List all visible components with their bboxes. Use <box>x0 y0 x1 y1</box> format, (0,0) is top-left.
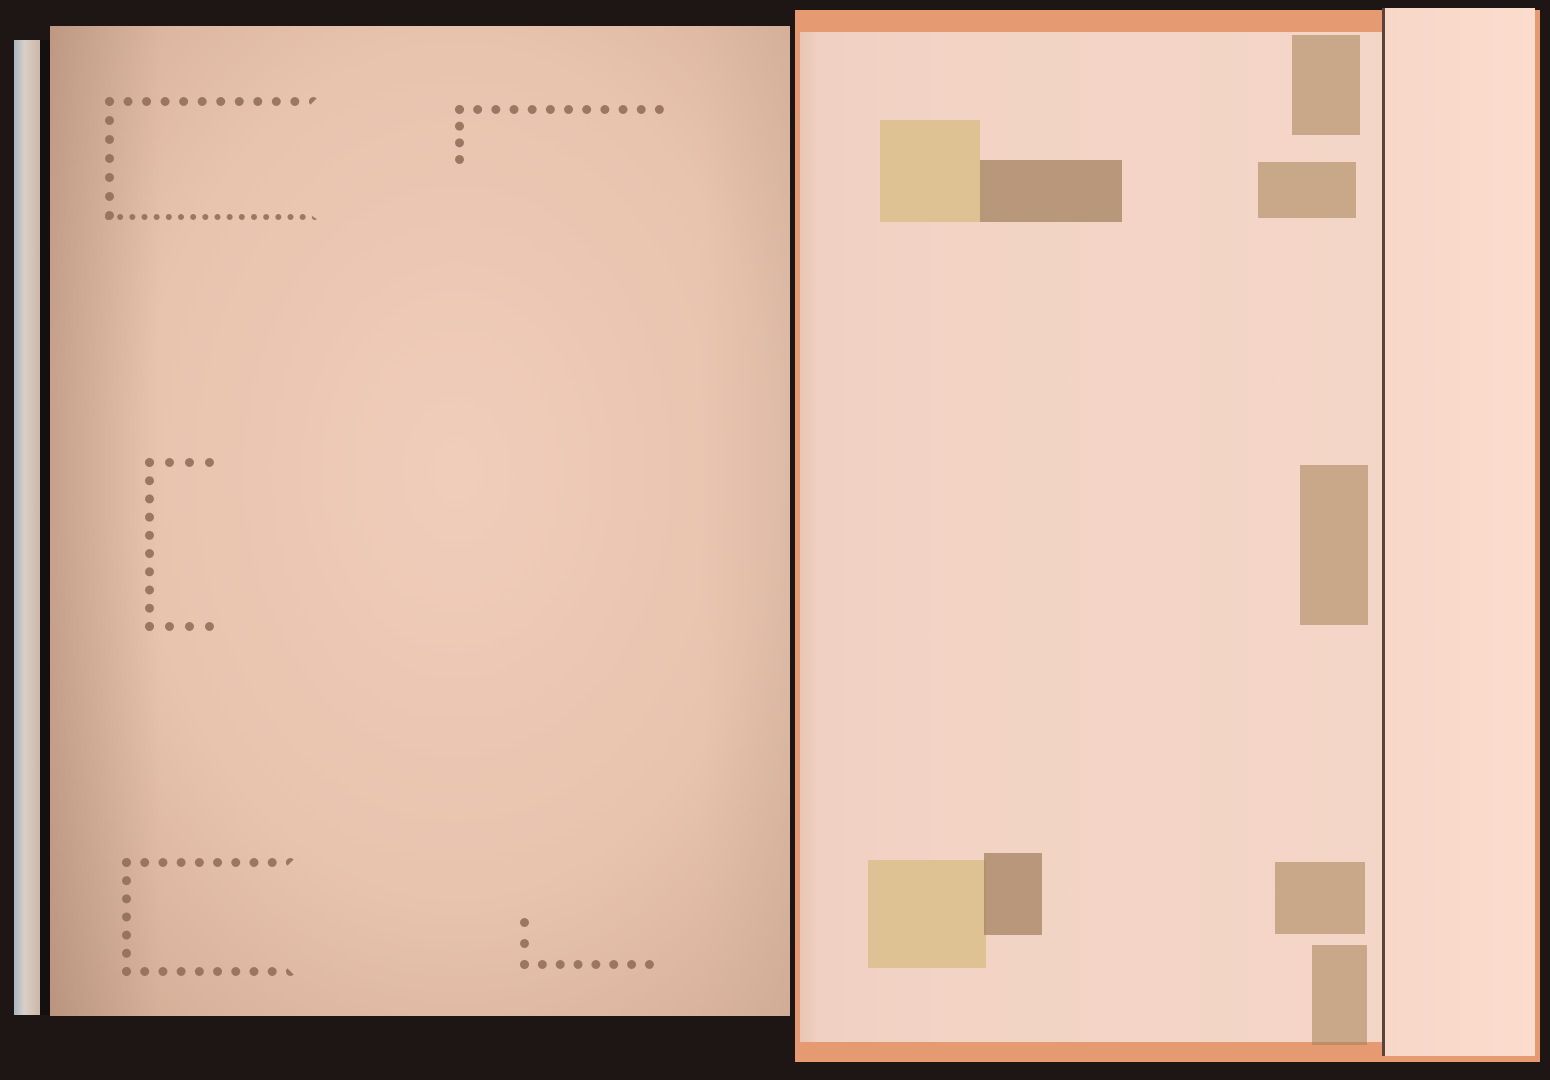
tape-residue <box>1275 862 1365 934</box>
tape-residue <box>1300 465 1368 625</box>
tape-stain <box>520 918 654 969</box>
book-edge <box>14 40 50 1015</box>
tape-residue <box>980 160 1122 222</box>
tape-stain <box>105 97 318 220</box>
tape-stain <box>145 458 214 631</box>
tape-residue <box>868 860 986 968</box>
tape-residue <box>1292 35 1360 135</box>
tape-residue <box>984 853 1042 935</box>
tape-residue <box>880 120 980 222</box>
tape-residue <box>1258 162 1356 218</box>
tape-residue <box>1312 945 1367 1045</box>
flyleaf-page <box>1382 8 1535 1056</box>
tape-stain <box>122 858 295 976</box>
tape-stain <box>455 105 664 164</box>
